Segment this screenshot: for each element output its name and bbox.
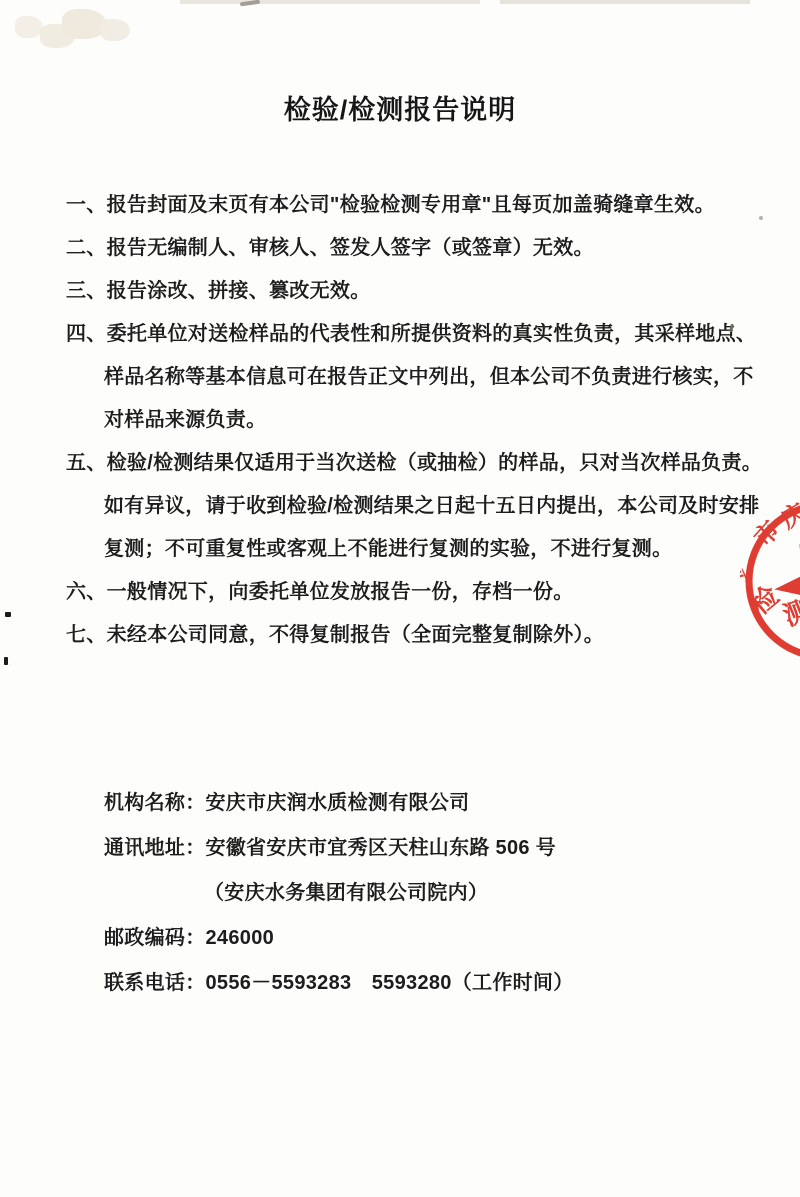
note-item-1: 一、报告封面及末页有本公司"检验检测专用章"且每页加盖骑缝章生效。 [66, 184, 756, 227]
info-label: 通讯地址： [104, 837, 206, 859]
scan-mark [240, 0, 260, 6]
info-label: 邮政编码： [104, 927, 206, 949]
item-number: 七、 [66, 624, 107, 646]
item-text: 检验/检测结果仅适用于当次送检（或抽检）的样品，只对当次样品负责。 [107, 452, 762, 474]
info-label: 机构名称： [104, 792, 206, 814]
seal-char: 庆 [776, 498, 800, 534]
notes-list: 一、报告封面及末页有本公司"检验检测专用章"且每页加盖骑缝章生效。 二、报告无编… [66, 184, 756, 657]
item-text: 报告封面及末页有本公司"检验检测专用章"且每页加盖骑缝章生效。 [107, 194, 715, 216]
scan-stain [15, 16, 43, 38]
org-name-row: 机构名称：安庆市庆润水质检测有限公司 [104, 781, 800, 826]
item-number: 三、 [66, 280, 107, 302]
item-number: 五、 [66, 452, 107, 474]
note-item-6: 六、一般情况下，向委托单位发放报告一份，存档一份。 [66, 571, 756, 614]
info-value: 安庆市庆润水质检测有限公司 [206, 792, 470, 814]
scan-speck [5, 612, 11, 617]
phone-row: 联系电话：0556－5593283 5593280（工作时间） [104, 961, 800, 1006]
postal-code-row: 邮政编码：246000 [104, 916, 800, 961]
info-value: 246000 [206, 927, 275, 949]
info-value: 0556－5593283 5593280（工作时间） [206, 972, 574, 994]
note-item-5: 五、检验/检测结果仅适用于当次送检（或抽检）的样品，只对当次样品负责。 如有异议… [66, 442, 756, 571]
company-seal-stamp-icon: 市 庆 氵 检 测 [740, 496, 800, 672]
note-item-7: 七、未经本公司同意，不得复制报告（全面完整复制除外）。 [66, 614, 756, 657]
item-number: 六、 [66, 581, 107, 603]
note-line: 如有异议，请于收到检验/检测结果之日起十五日内提出，本公司及时安排 [66, 485, 756, 528]
item-text: 未经本公司同意，不得复制报告（全面完整复制除外）。 [107, 624, 605, 646]
seal-char: 测 [779, 594, 800, 632]
note-item-2: 二、报告无编制人、审核人、签发人签字（或签章）无效。 [66, 227, 756, 270]
item-text: 一般情况下，向委托单位发放报告一份，存档一份。 [107, 581, 574, 603]
scan-speck [759, 216, 763, 220]
item-text: 报告涂改、拼接、篡改无效。 [107, 280, 371, 302]
note-line: 一、报告封面及末页有本公司"检验检测专用章"且每页加盖骑缝章生效。 [66, 184, 756, 227]
scanned-report-page: 检验/检测报告说明 一、报告封面及末页有本公司"检验检测专用章"且每页加盖骑缝章… [0, 0, 800, 1197]
note-line: 复测；不可重复性或客观上不能进行复测的实验，不进行复测。 [66, 528, 756, 571]
note-line: 样品名称等基本信息可在报告正文中列出，但本公司不负责进行核实，不 [66, 356, 756, 399]
item-number: 二、 [66, 237, 107, 259]
scan-stain [100, 19, 130, 41]
item-text: 报告无编制人、审核人、签发人签字（或签章）无效。 [107, 237, 594, 259]
note-line: 三、报告涂改、拼接、篡改无效。 [66, 270, 756, 313]
org-address-note-row: （安庆水务集团有限公司院内） [104, 871, 800, 916]
note-line: 七、未经本公司同意，不得复制报告（全面完整复制除外）。 [66, 614, 756, 657]
note-line: 六、一般情况下，向委托单位发放报告一份，存档一份。 [66, 571, 756, 614]
info-label: 联系电话： [104, 972, 206, 994]
note-line: 五、检验/检测结果仅适用于当次送检（或抽检）的样品，只对当次样品负责。 [66, 442, 756, 485]
item-number: 四、 [66, 323, 107, 345]
page-title: 检验/检测报告说明 [0, 88, 800, 127]
note-line: 二、报告无编制人、审核人、签发人签字（或签章）无效。 [66, 227, 756, 270]
note-item-3: 三、报告涂改、拼接、篡改无效。 [66, 270, 756, 313]
note-item-4: 四、委托单位对送检样品的代表性和所提供资料的真实性负责，其采样地点、 样品名称等… [66, 313, 756, 442]
note-line: 对样品来源负责。 [66, 399, 756, 442]
org-address-row: 通讯地址：安徽省安庆市宜秀区天柱山东路 506 号 [104, 826, 800, 871]
item-text: 委托单位对送检样品的代表性和所提供资料的真实性负责，其采样地点、 [107, 323, 757, 345]
scan-edge-artifact [500, 0, 750, 4]
item-number: 一、 [66, 194, 107, 216]
scan-speck [4, 657, 11, 665]
info-value: 安徽省安庆市宜秀区天柱山东路 506 号 [206, 837, 556, 859]
info-value: （安庆水务集团有限公司院内） [204, 882, 488, 904]
note-line: 四、委托单位对送检样品的代表性和所提供资料的真实性负责，其采样地点、 [66, 313, 756, 356]
org-info-block: 机构名称：安庆市庆润水质检测有限公司 通讯地址：安徽省安庆市宜秀区天柱山东路 5… [104, 781, 800, 1006]
scan-edge-artifact [180, 0, 480, 4]
